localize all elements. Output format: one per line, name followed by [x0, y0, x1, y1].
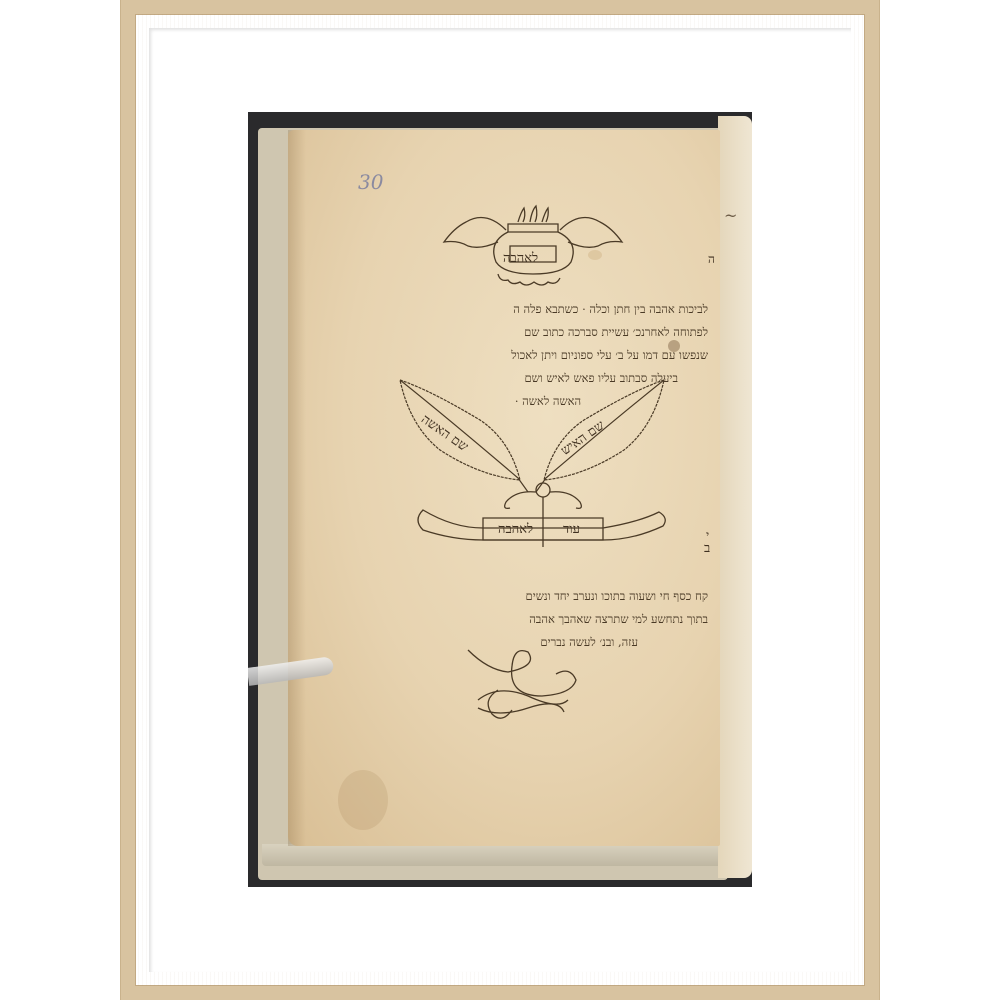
banner-left-text: לאהבה	[498, 521, 533, 537]
facing-page-scribble: ~	[724, 206, 737, 225]
calligraphic-flourish-icon	[468, 650, 578, 730]
manuscript-photo: ~ 30 לאהבה לביכות אהבה בין חתן וכלה · כש…	[248, 112, 752, 887]
manuscript-page: 30 לאהבה לביכות אהבה בין חתן וכלה · כשתב…	[288, 130, 720, 846]
margin-mark: ה	[708, 252, 715, 267]
lower-text-block: קח כסף חי ושעוה בתוכו ונערב יחד ונשים בת…	[388, 585, 708, 654]
facing-page-edge: ~	[718, 116, 752, 878]
emblem-label: לאהבה	[503, 250, 538, 266]
margin-mark: ב	[704, 540, 710, 556]
text-line: לפתוחה לאחרנכ׳ עשיית סברכה כתוב שם	[388, 321, 708, 344]
text-line: בתוך נתחשע למי שתרצה שאהבך אהבה	[388, 608, 708, 631]
banner-right-text: עוד	[563, 521, 580, 537]
folio-number: 30	[358, 170, 383, 194]
book-cover-edge	[262, 844, 724, 866]
knot-and-scroll-banner-icon	[413, 480, 673, 560]
text-line: לביכות אהבה בין חתן וכלה · כשתבא פלה ה	[388, 298, 708, 321]
water-stain	[338, 770, 388, 830]
text-line: קח כסף חי ושעוה בתוכו ונערב יחד ונשים	[388, 585, 708, 608]
text-line: שנפשו עם דמו על ב׳ עלי ספוניום ויתן לאכו…	[388, 344, 708, 367]
